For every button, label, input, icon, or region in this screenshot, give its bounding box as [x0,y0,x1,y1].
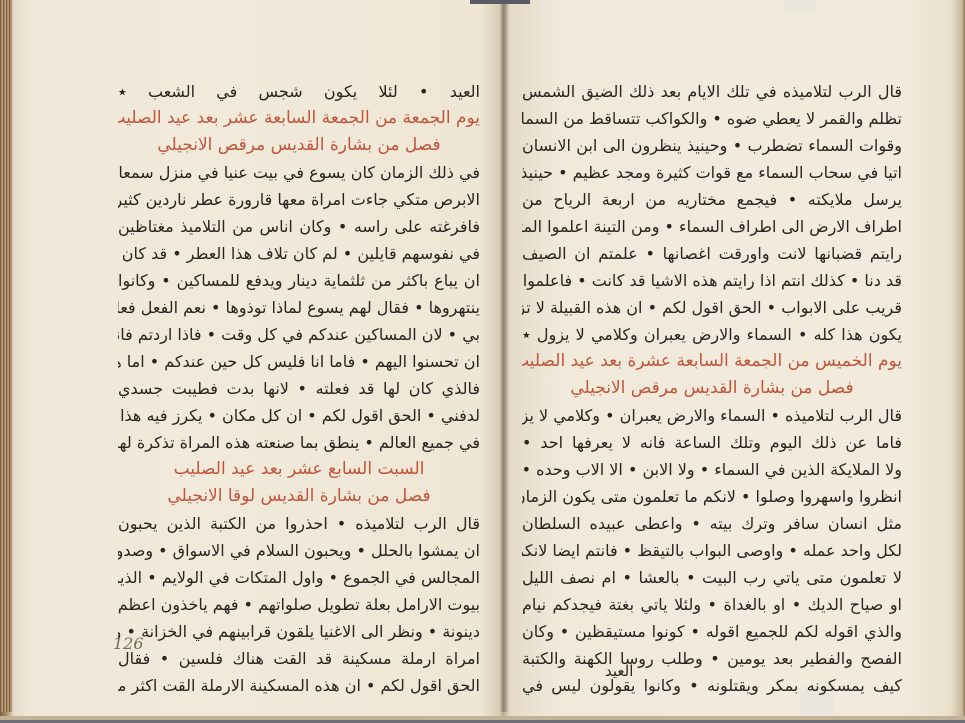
rubric-heading-line: فصل من بشارة القديس مرقص الانجيلي [522,375,902,402]
text-line: لدفني • الحق اقول لكم • ان كل مكان • يكر… [118,402,480,429]
text-line: في ذلك الزمان كان يسوع في بيت عنيا في من… [118,159,480,186]
text-line: قال الرب لتلاميذه • احذروا من الكتبة الذ… [118,510,480,537]
text-line: ان يمشوا بالحلل • ويحبون السلام في الاسو… [118,537,480,564]
text-line: قريب على الابواب • الحق اقول لكم • ان هذ… [522,294,902,321]
text-line: دينونة • ونظر الى الاغنيا يلقون قرابينهم… [118,618,480,645]
page-edges [0,0,12,712]
text-line: في نفوسهم قايلين • لم كان تلاف هذا العطر… [118,240,480,267]
text-line: ينتهروها • فقال لهم يسوع لماذا توذوها • … [118,294,480,321]
rubric-heading-line: فصل من بشارة القديس لوقا الانجيلي [118,483,480,510]
text-line: الابرص متكي جاءت امراة معها قارورة عطر ن… [118,186,480,213]
left-page-text: العيد • لئلا يكون شجس في الشعب ٭يوم الجم… [118,78,480,699]
text-line: وقوات السماء تضطرب • وحينيذ ينظرون الى ا… [522,132,902,159]
rubric-heading-line: يوم الجمعة من الجمعة السابعة عشر بعد عيد… [118,105,480,132]
text-line: امراة ارملة مسكينة قد القت هناك فلسين • … [118,645,480,672]
text-line: او صياح الديك • او بالغداة • ولئلا ياتي … [522,591,902,618]
text-line: مثل انسان سافر وترك بيته • واعطى عبيده ا… [522,510,902,537]
text-line: قد دنا • كذلك انتم اذا رايتم هذه الاشيا … [522,267,902,294]
text-line: بيوت الارامل بعلة تطويل صلواتهم • فهم يا… [118,591,480,618]
text-line: قال الرب لتلاميذه في تلك الايام بعد ذلك … [522,78,902,105]
text-line: الفصح والفطير بعد يومين • وطلب روسا الكه… [522,645,902,672]
rubric-heading-line: فصل من بشارة القديس مرقص الانجيلي [118,132,480,159]
text-line: يكون هذا كله • السماء والارض يعبران وكلا… [522,321,902,348]
tape-strip-top [783,0,817,14]
text-line: ولا الملايكة الذين في السماء • ولا الابن… [522,456,902,483]
open-manuscript-book: العيد • لئلا يكون شجس في الشعب ٭يوم الجم… [0,0,965,720]
text-line: الحق اقول لكم • ان هذه المسكينة الارملة … [118,672,480,699]
text-line: قال الرب لتلاميذه • السماء والارض يعبران… [522,402,902,429]
text-line: فافرغته على راسه • وكان اناس من التلاميذ… [118,213,480,240]
text-line: كيف يمسكونه بمكر ويقتلونه • وكانوا يقولو… [522,672,902,699]
text-line: المجالس في الجموع • واول المتكات في الول… [118,564,480,591]
text-line: اطراف الارض الى اطراف السماء • ومن التين… [522,213,902,240]
text-line: بي • لان المساكين عندكم في كل وقت • فاذا… [118,321,480,348]
text-line: لكل واحد عمله • واوصى البواب بالتيقظ • ف… [522,537,902,564]
text-line: فاما عن ذلك اليوم وتلك الساعة فانه لا يع… [522,429,902,456]
text-line: انظروا واسهروا وصلوا • لانكم ما تعلمون م… [522,483,902,510]
rubric-heading-line: يوم الخميس من الجمعة السابعة عشرة بعد عي… [522,348,902,375]
text-line: ان يباع باكثر من ثلثماية دينار ويدفع للم… [118,267,480,294]
text-line: رايتم قضبانها لانت واورقت اغصانها • علمت… [522,240,902,267]
text-line: والذي اقوله لكم للجميع اقوله • كونوا مست… [522,618,902,645]
text-line: تظلم والقمر لا يعطي ضوه • والكواكب تتساق… [522,105,902,132]
text-line: ان تحسنوا اليهم • فاما انا فليس كل حين ع… [118,348,480,375]
text-line: في جميع العالم • ينطق بما صنعته هذه المر… [118,429,480,456]
rubric-heading-line: السبت السابع عشر بعد عيد الصليب [118,456,480,483]
text-line: فالذي كان لها قد فعلته • لانها بدت فطيبت… [118,375,480,402]
text-line: العيد • لئلا يكون شجس في الشعب ٭ [118,78,480,105]
text-line: اتيا في سحاب السماء مع قوات كثيرة ومجد ع… [522,159,902,186]
catchword: العيد [605,662,633,680]
right-page-text: قال الرب لتلاميذه في تلك الايام بعد ذلك … [522,78,902,699]
background-strip [470,0,530,4]
text-line: لا تعلمون متى ياتي رب البيت • بالعشا • ا… [522,564,902,591]
text-line: يرسل ملايكته • فيجمع مختاريه من اربعة ال… [522,186,902,213]
book-gutter [500,0,508,712]
folio-number: 126 [113,634,144,653]
